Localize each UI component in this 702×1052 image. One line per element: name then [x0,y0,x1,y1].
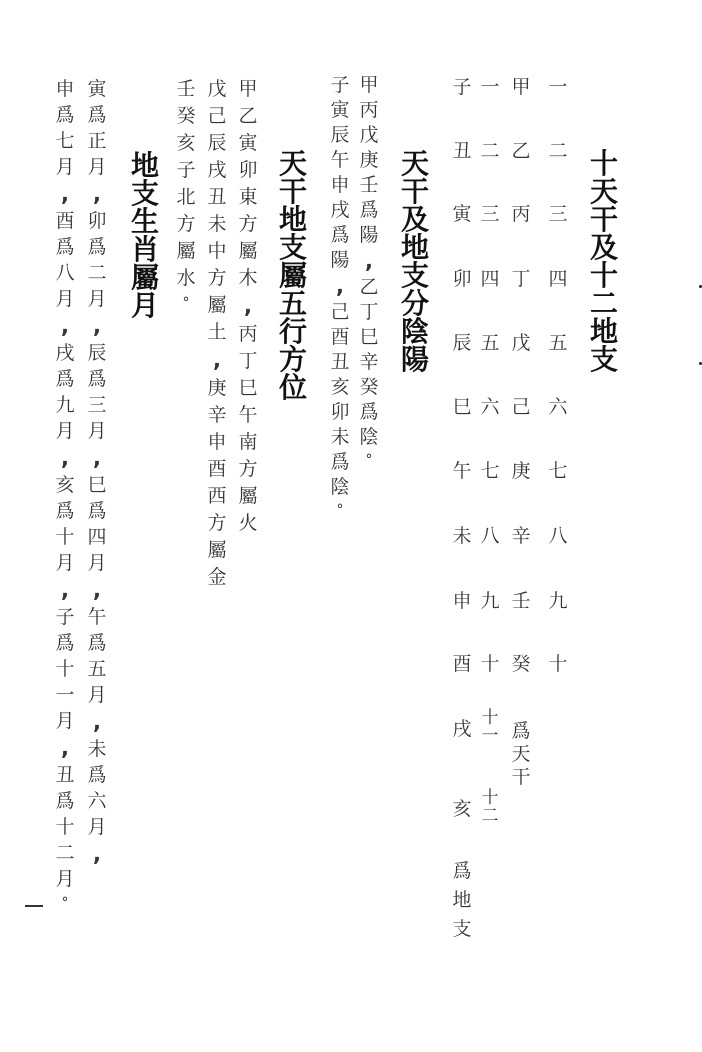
glyph: 七 [53,132,77,151]
yin-yang-line-2: 子寅辰午申戌爲陽,己酉丑亥卯未爲陰° [328,76,352,523]
table-cell: 十 [477,655,503,674]
glyph: 戌 [53,344,77,363]
table-cell: 乙 [508,142,534,161]
glyph: 方 [174,215,198,234]
glyph: 乙 [357,278,381,297]
glyph: 爲 [85,502,109,521]
glyph: 亥 [328,378,352,397]
glyph: 爲 [53,502,77,521]
glyph: 陰 [357,428,381,447]
glyph: 二 [588,290,620,318]
five-elements-line-2: 戊己辰戌丑未中方屬土,庚辛申酉西方屬金 [205,80,229,595]
glyph: 子 [328,76,352,95]
glyph: 癸 [357,378,381,397]
glyph: 爲 [53,634,77,653]
table-cell: 三 [477,205,503,224]
glyph: 月 [85,818,109,837]
glyph: ° [328,503,352,517]
glyph: 天 [588,178,620,206]
glyph: 卯 [85,212,109,231]
glyph: 火 [236,514,260,533]
glyph: 寅 [328,101,352,120]
glyph: 金 [205,568,229,587]
glyph: 爲 [509,722,533,741]
table-cell: 十 [545,655,571,674]
glyph: 生 [129,208,161,236]
glyph: 三 [85,396,109,415]
glyph: 丑 [205,188,229,207]
table-cell: 丁 [508,270,534,289]
glyph: 己 [205,107,229,126]
glyph: 二 [85,264,109,283]
glyph: 甲 [236,80,260,99]
glyph: 庚 [357,151,381,170]
glyph: 癸 [174,107,198,126]
glyph: , [53,580,77,601]
glyph: 方 [205,514,229,533]
table-cell: 二 [545,142,571,161]
table-cell: 庚 [508,462,534,481]
glyph: 巳 [85,476,109,495]
glyph: 陰 [399,318,431,346]
glyph: 巳 [236,379,260,398]
glyph: 陽 [328,251,352,270]
table-cell: 甲 [508,78,534,97]
table-cell: 丙 [508,205,534,224]
table-cell: 三 [545,205,571,224]
glyph: , [328,276,352,297]
glyph: 月 [53,158,77,177]
glyph: , [236,296,260,317]
glyph: 申 [328,176,352,195]
branches-suffix: 爲地支 [450,862,474,949]
glyph: 支 [277,234,309,262]
glyph: 十 [53,528,77,547]
glyph: 丑 [328,353,352,372]
glyph: 九 [53,396,77,415]
table-cell: 七 [477,462,503,481]
glyph: , [53,448,77,469]
glyph: 辰 [205,134,229,153]
table-cell: 四 [477,270,503,289]
glyph: 辰 [85,344,109,363]
glyph: 地 [450,891,474,910]
glyph: 卯 [236,161,260,180]
glyph: 方 [236,215,260,234]
glyph: 南 [236,433,260,452]
glyph: 甲 [357,76,381,95]
glyph: 未 [85,740,109,759]
glyph: 丙 [236,325,260,344]
glyph: 子 [53,608,77,627]
glyph: 天 [399,150,431,178]
glyph: 位 [277,374,309,402]
zodiac-months-line-2: 申爲七月,酉爲八月,戌爲九月,亥爲十月,子爲十一月,丑爲十二月° [53,80,77,917]
section-title-zodiac-months: 地支生肖屬月 [129,152,161,320]
glyph: 陽 [357,226,381,245]
glyph: 十 [53,660,77,679]
glyph: 陽 [399,346,431,374]
glyph: 月 [53,554,77,573]
glyph: 爲 [328,226,352,245]
page-number [25,905,43,907]
glyph: 爲 [53,238,77,257]
table-cell: 九 [545,592,571,611]
glyph: 寅 [236,134,260,153]
glyph: 屬 [129,264,161,292]
glyph: 地 [277,206,309,234]
table-cell: 壬 [508,592,534,611]
glyph: , [53,184,77,205]
glyph: , [357,251,381,272]
table-cell: 辰 [449,334,475,353]
glyph: 酉 [328,328,352,347]
table-cell: 亥 [449,800,475,819]
table-cell: 七 [545,462,571,481]
yin-yang-line-1: 甲丙戊庚壬爲陽,乙丁巳辛癸爲陰° [357,76,381,473]
table-cell: 申 [449,592,475,611]
glyph: 辰 [328,126,352,145]
glyph: 申 [53,80,77,99]
glyph: ° [53,896,77,910]
table-cell: 寅 [449,205,475,224]
glyph: 酉 [53,212,77,231]
glyph: 爲 [357,201,381,220]
glyph: 陰 [328,478,352,497]
glyph: 爲 [450,862,474,881]
glyph: ° [174,296,198,310]
glyph: , [205,350,229,371]
glyph: 八 [53,264,77,283]
table-cell: 巳 [449,398,475,417]
glyph: 月 [85,554,109,573]
glyph: 五 [85,660,109,679]
glyph: 戊 [205,80,229,99]
table-cell: 午 [449,462,475,481]
glyph: 方 [205,269,229,288]
glyph: 丁 [357,303,381,322]
glyph: 寅 [85,80,109,99]
glyph: 十 [588,150,620,178]
glyph: 巳 [357,328,381,347]
section-title-five-elements: 天干地支屬五行方位 [277,150,309,402]
glyph: 干 [509,768,533,787]
glyph: 月 [85,686,109,705]
glyph: 一 [53,686,77,705]
glyph: 西 [205,487,229,506]
table-cell: 未 [449,527,475,546]
glyph: 行 [277,318,309,346]
glyph: 干 [588,206,620,234]
glyph: 卯 [328,403,352,422]
glyph: 月 [129,292,161,320]
glyph: , [53,316,77,337]
glyph: 屬 [174,242,198,261]
glyph: 丑 [53,766,77,785]
glyph: 屬 [236,242,260,261]
table-cell: 丑 [449,142,475,161]
glyph: 屬 [236,487,260,506]
glyph: 地 [588,318,620,346]
table-cell: 一 [545,78,571,97]
glyph: 爲 [85,238,109,257]
zodiac-months-line-1: 寅爲正月,卯爲二月,辰爲三月,巳爲四月,午爲五月,未爲六月, [85,80,109,872]
glyph: 五 [277,290,309,318]
glyph: 支 [588,346,620,374]
glyph: , [85,184,109,205]
glyph: 月 [85,158,109,177]
table-cell: 八 [477,527,503,546]
glyph: , [85,844,109,865]
glyph: 月 [53,712,77,731]
glyph: 丁 [236,352,260,371]
glyph: 申 [205,433,229,452]
glyph: 土 [205,323,229,342]
glyph: 未 [205,215,229,234]
glyph: 支 [399,262,431,290]
glyph: 月 [85,422,109,441]
glyph: 屬 [277,262,309,290]
glyph: 天 [509,745,533,764]
glyph: 二 [53,844,77,863]
glyph: 支 [129,180,161,208]
glyph: 爲 [53,792,77,811]
glyph: 十 [53,818,77,837]
five-elements-line-1: 甲乙寅卯東方屬木,丙丁巳午南方屬火 [236,80,260,541]
glyph: 酉 [205,460,229,479]
glyph: 肖 [129,236,161,264]
glyph: , [53,738,77,759]
glyph: ° [357,453,381,467]
glyph: 分 [399,290,431,318]
glyph: 十 [588,262,620,290]
glyph: 戌 [205,161,229,180]
glyph: 午 [328,151,352,170]
glyph: 辛 [357,353,381,372]
glyph: 己 [328,303,352,322]
glyph: 辛 [205,406,229,425]
glyph: 午 [236,406,260,425]
table-cell: 四 [545,270,571,289]
glyph: 方 [236,460,260,479]
glyph: 北 [174,188,198,207]
glyph: 屬 [205,296,229,315]
glyph: 爲 [357,403,381,422]
table-cell: 九 [477,592,503,611]
table-cell: 十一 [477,710,503,746]
glyph: 天 [277,150,309,178]
glyph: 壬 [357,176,381,195]
glyph: 方 [277,346,309,374]
glyph: 及 [399,206,431,234]
table-cell: 六 [545,398,571,417]
glyph: 爲 [53,106,77,125]
section-title-yin-yang: 天干及地支分陰陽 [399,150,431,374]
glyph: 月 [53,870,77,889]
glyph: , [85,316,109,337]
glyph: 干 [399,178,431,206]
glyph: 月 [85,290,109,309]
glyph: 及 [588,234,620,262]
glyph: 地 [399,234,431,262]
glyph: 六 [85,792,109,811]
glyph: 四 [85,528,109,547]
glyph: , [85,712,109,733]
glyph: , [85,448,109,469]
table-cell: 八 [545,527,571,546]
glyph: 戌 [328,201,352,220]
glyph: 屬 [205,541,229,560]
table-cell: 辛 [508,527,534,546]
glyph: 正 [85,132,109,151]
glyph: 東 [236,188,260,207]
glyph: , [85,580,109,601]
table-cell: 六 [477,398,503,417]
glyph: 水 [174,269,198,288]
table-cell: 五 [545,334,571,353]
glyph: 壬 [174,80,198,99]
table-cell: 卯 [449,270,475,289]
table-cell: 戌 [449,720,475,739]
glyph: 爲 [328,453,352,472]
glyph: 爲 [85,106,109,125]
glyph: 月 [53,422,77,441]
table-cell: 酉 [449,655,475,674]
section-title-stems-branches: 十天干及十二地支 [588,150,620,374]
table-cell: 子 [449,78,475,97]
glyph: 丙 [357,101,381,120]
table-cell: 十二 [477,790,503,826]
glyph: 地 [129,152,161,180]
glyph: 干 [277,178,309,206]
five-elements-line-3: 壬癸亥子北方屬水° [174,80,198,318]
glyph: 亥 [174,134,198,153]
glyph: 子 [174,161,198,180]
glyph: 支 [450,920,474,939]
table-cell: 癸 [508,655,534,674]
glyph: 爲 [85,766,109,785]
glyph: 爲 [53,370,77,389]
glyph: 庚 [205,379,229,398]
glyph: 乙 [236,107,260,126]
glyph: 木 [236,269,260,288]
table-cell: 五 [477,334,503,353]
table-cell: 戊 [508,334,534,353]
table-cell: 一 [477,78,503,97]
glyph: 亥 [53,476,77,495]
glyph: 月 [53,290,77,309]
glyph: 未 [328,428,352,447]
table-cell: 己 [508,398,534,417]
glyph: 戊 [357,126,381,145]
glyph: 爲 [85,634,109,653]
glyph: 午 [85,608,109,627]
glyph: 中 [205,242,229,261]
stems-suffix: 爲天干 [509,722,533,791]
table-cell: 二 [477,142,503,161]
glyph: 爲 [85,370,109,389]
